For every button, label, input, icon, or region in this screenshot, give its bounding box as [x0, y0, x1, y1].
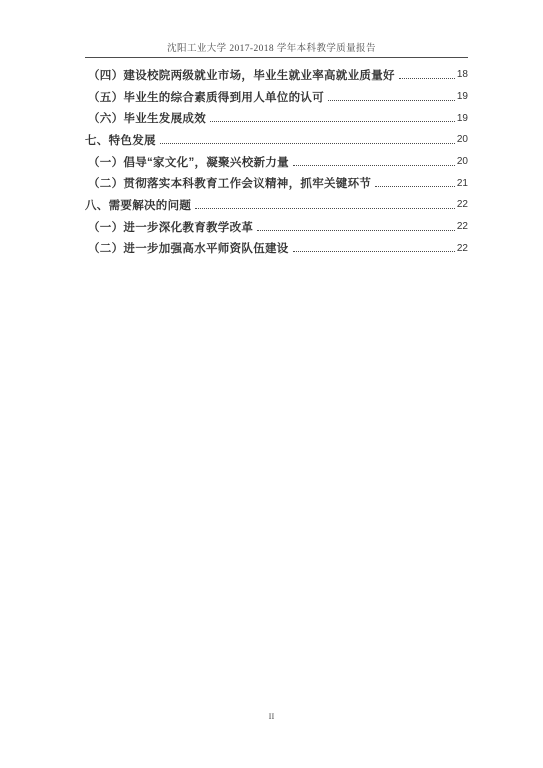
- toc-entry: （二）贯彻落实本科教育工作会议精神，抓牢关键环节 21: [85, 172, 468, 194]
- dot-leader: [399, 78, 455, 79]
- toc-entry: 八、需要解决的问题 22: [85, 194, 468, 216]
- dot-leader: [293, 251, 455, 252]
- toc-entry-title: （四）建设校院两级就业市场，毕业生就业率高就业质量好: [88, 67, 395, 83]
- document-page: 沈阳工业大学 2017-2018 学年本科教学质量报告 （四）建设校院两级就业市…: [0, 0, 543, 768]
- toc-entry-page: 22: [457, 221, 468, 232]
- toc-entry: （六）毕业生发展成效 19: [85, 107, 468, 129]
- toc-entry: （五）毕业生的综合素质得到用人单位的认可 19: [85, 86, 468, 108]
- dot-leader: [257, 230, 455, 231]
- toc-entry-page: 22: [457, 199, 468, 210]
- table-of-contents: （四）建设校院两级就业市场，毕业生就业率高就业质量好 18 （五）毕业生的综合素…: [85, 64, 468, 259]
- toc-entry-page: 21: [457, 178, 468, 189]
- toc-entry-title: 七、特色发展: [85, 132, 156, 148]
- dot-leader: [328, 100, 455, 101]
- dot-leader: [375, 186, 455, 187]
- toc-entry: （一）进一步深化教育教学改革 22: [85, 216, 468, 238]
- toc-entry-page: 20: [457, 156, 468, 167]
- dot-leader: [210, 121, 455, 122]
- dot-leader: [160, 143, 455, 144]
- toc-entry-title: （一）进一步深化教育教学改革: [88, 219, 253, 235]
- toc-entry-title: 八、需要解决的问题: [85, 197, 191, 213]
- toc-entry-title: （二）进一步加强高水平师资队伍建设: [88, 240, 289, 256]
- toc-entry-title: （六）毕业生发展成效: [88, 110, 206, 126]
- toc-entry-page: 19: [457, 91, 468, 102]
- toc-entry: （一）倡导“家文化”，凝聚兴校新力量 20: [85, 151, 468, 173]
- toc-entry-page: 20: [457, 134, 468, 145]
- footer-page-number: II: [0, 711, 543, 721]
- toc-entry: 七、特色发展 20: [85, 129, 468, 151]
- toc-entry-title: （五）毕业生的综合素质得到用人单位的认可: [88, 89, 324, 105]
- toc-entry-page: 22: [457, 243, 468, 254]
- toc-entry: （二）进一步加强高水平师资队伍建设 22: [85, 238, 468, 260]
- header-rule: [85, 57, 468, 58]
- toc-entry-page: 19: [457, 113, 468, 124]
- toc-entry-title: （二）贯彻落实本科教育工作会议精神，抓牢关键环节: [88, 175, 371, 191]
- toc-entry-title: （一）倡导“家文化”，凝聚兴校新力量: [88, 154, 289, 170]
- toc-entry: （四）建设校院两级就业市场，毕业生就业率高就业质量好 18: [85, 64, 468, 86]
- dot-leader: [195, 208, 455, 209]
- page-header-title: 沈阳工业大学 2017-2018 学年本科教学质量报告: [0, 40, 543, 54]
- dot-leader: [293, 165, 455, 166]
- toc-entry-page: 18: [457, 69, 468, 80]
